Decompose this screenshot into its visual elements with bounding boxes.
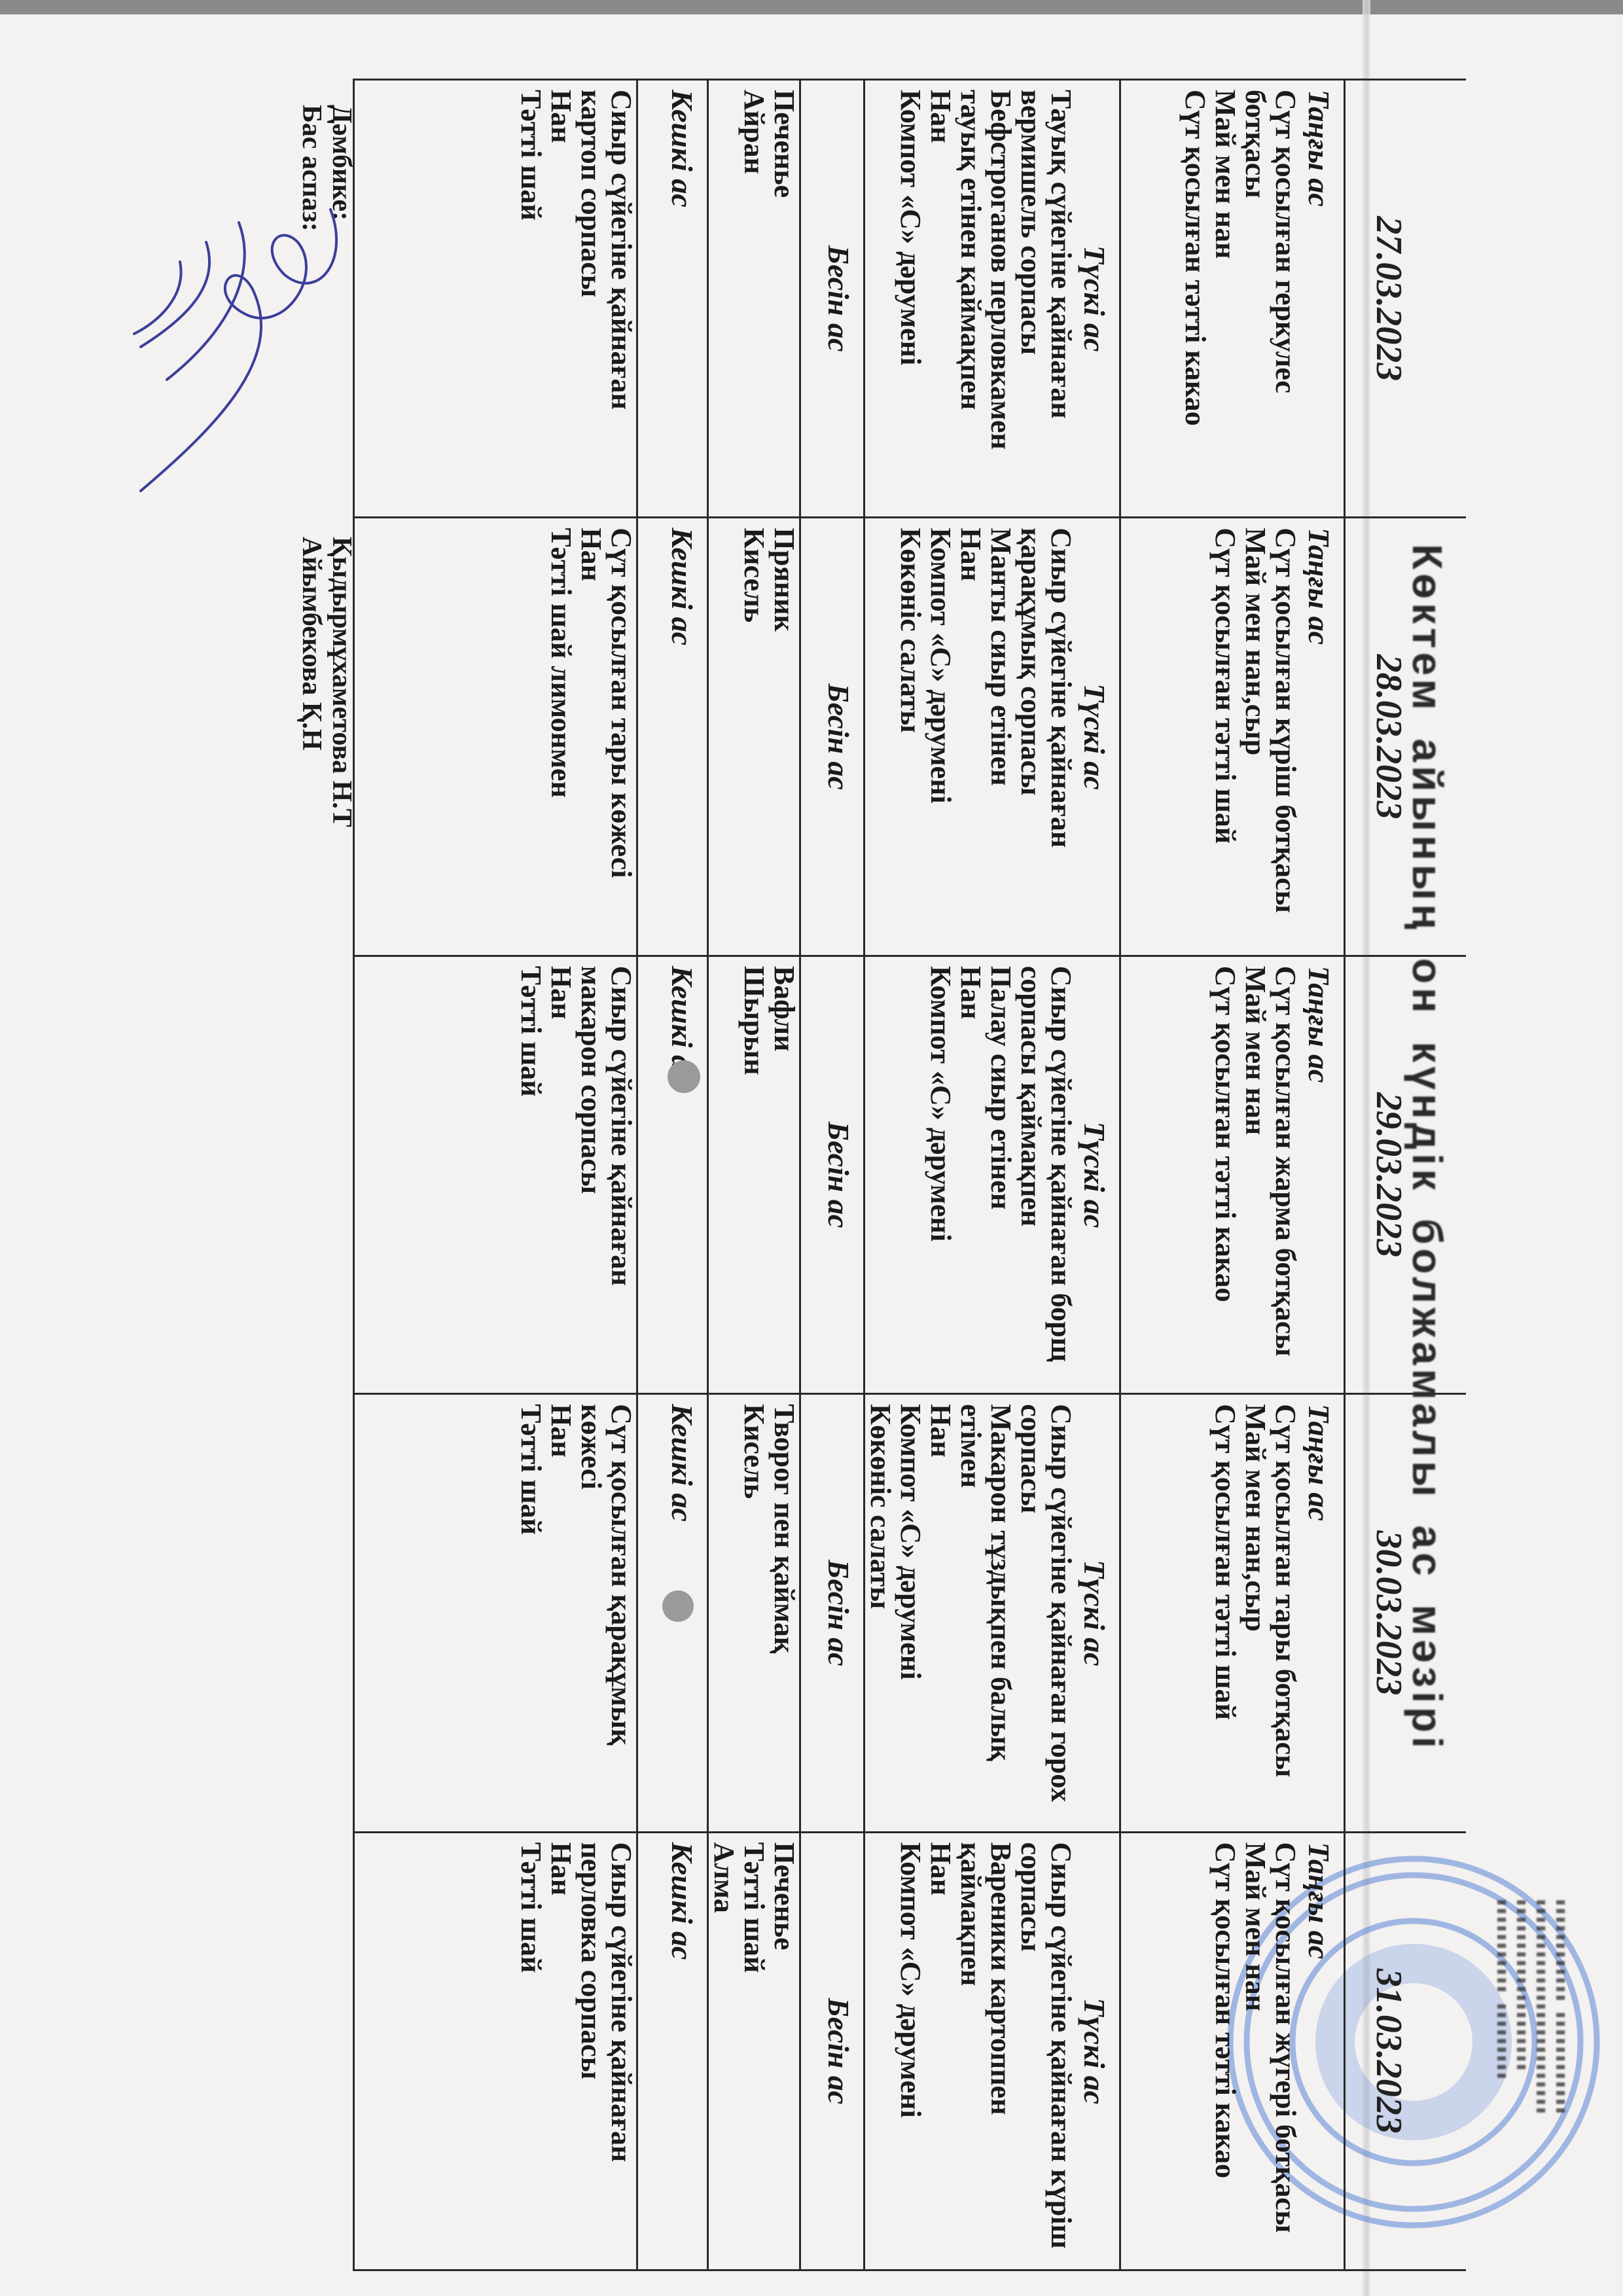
menu-item: Сүт қосылған тары ботқасы: [1270, 1404, 1300, 1821]
meal-items: Сүт қосылған геркулес ботқасыМай мен нан…: [1180, 90, 1300, 507]
meal-items: Сүт қосылған күріш ботқасыМай мен нан,сы…: [1210, 528, 1300, 945]
menu-item: Май мен нан,сыр: [1240, 528, 1270, 945]
menu-item: Май мен нан: [1240, 966, 1270, 1384]
dinner-cell: Сиыр сүйегіне қайнаған картоп сорпасыНан…: [354, 80, 637, 518]
meal-label: Бесін ас: [800, 80, 865, 518]
menu-item: Нан: [925, 90, 955, 507]
meal-label: Түскі ас: [1076, 90, 1119, 507]
lunch-cell: Түскі асСиыр сүйегіне қайнаған горох сор…: [865, 1394, 1120, 1832]
table-row: Таңғы асСүт қосылған геркулес ботқасыМай…: [1120, 80, 1345, 2270]
lunch-cell: Түскі асСиыр сүйегіне қайнаған қарақұмық…: [865, 518, 1120, 956]
menu-item: Сүт қосылған тәтті какао: [1210, 966, 1240, 1384]
meal-label: Кешкі ас: [637, 1832, 708, 2270]
breakfast-cell: Таңғы асСүт қосылған геркулес ботқасыМай…: [1120, 80, 1345, 518]
menu-item: Тәтті шай: [516, 966, 546, 1384]
menu-item: Сүт қосылған жүгері ботқасы: [1270, 1842, 1300, 2260]
menu-item: Вафли: [769, 966, 799, 1384]
menu-sheet: ▮▮▮▮▮▮▮▮▮▮▮▮ ▮▮▮▮▮▮▮▮▮▮▮▮▮▮▮▮▮▮▮▮▮▮▮▮▮▮▮…: [0, 0, 1623, 2296]
dinner-cell: Сүт қосылған қарақұмық көжесіНанТәтті ша…: [354, 1394, 637, 1832]
menu-item: Макарон тұздықпен балық етімен: [955, 1404, 1016, 1821]
snack-cell: ПеченьеТәтті шайАлма: [708, 1832, 800, 2270]
menu-item: Сүт қосылған күріш ботқасы: [1270, 528, 1300, 945]
menu-item: Сиыр сүйегіне қайнаған күріш сорпасы: [1016, 1842, 1076, 2260]
meal-label: Таңғы ас: [1300, 1404, 1344, 1821]
menu-item: Компот «С» дәрумені: [925, 966, 955, 1384]
menu-item: Кисель: [739, 528, 769, 945]
menu-item: Тәтті шай: [516, 1842, 546, 2260]
menu-item: Нан: [576, 528, 606, 945]
menu-item: Компот «С» дәрумені: [895, 1404, 925, 1821]
meal-items: Сиыр сүйегіне қайнаған горох сорпасыМака…: [865, 1404, 1076, 1821]
date-header: 28.03.2023: [1345, 518, 1467, 956]
menu-item: Сүт қосылған геркулес ботқасы: [1240, 90, 1300, 507]
breakfast-cell: Таңғы асСүт қосылған тары ботқасыМай мен…: [1120, 1394, 1345, 1832]
staff-name: Қыдырмұхаметова Н.Т: [327, 537, 357, 827]
meal-items: Тауық сүйегіне қайнаған вермишель сорпас…: [895, 90, 1076, 507]
date-header: 30.03.2023: [1345, 1394, 1467, 1832]
meal-label: Түскі ас: [1076, 1404, 1119, 1821]
date-header: 31.03.2023: [1345, 1832, 1467, 2270]
menu-item: Айран: [739, 90, 769, 507]
menu-item: Компот «С» дәрумені: [895, 1842, 925, 2260]
menu-item: Сиыр сүйегіне қайнаған картоп сорпасы: [576, 90, 636, 507]
menu-item: Компот «С» дәрумені: [895, 90, 925, 507]
menu-item: Тәтті шай лимонмен: [546, 528, 576, 945]
menu-item: Творог пен қаймақ: [769, 1404, 799, 1821]
menu-item: Нан: [925, 1404, 955, 1821]
date-header: 29.03.2023: [1345, 956, 1467, 1393]
menu-item: Сүт қосылған тәтті какао: [1180, 90, 1210, 507]
menu-item: Сүт қосылған жарма ботқасы: [1270, 966, 1300, 1384]
dinner-cell: Сиыр сүйегіне қайнаған макарон сорпасыНа…: [354, 956, 637, 1393]
meal-items: Сиыр сүйегіне қайнаған борщ сорпасы қайм…: [925, 966, 1076, 1384]
staff-name: Айымбекова Қ.Н: [296, 537, 327, 827]
stamp-approval-text: ▮▮▮▮▮▮▮▮▮▮▮▮ ▮▮▮▮▮▮▮▮▮▮▮▮▮▮▮▮▮▮▮▮▮▮▮▮▮▮▮…: [1492, 1898, 1571, 2186]
signature: [121, 183, 357, 524]
menu-item: Сүт қосылған тары көжесі: [606, 528, 636, 945]
menu-item: Тауық сүйегіне қайнаған вермишель сорпас…: [1016, 90, 1076, 507]
meal-label: Бесін ас: [800, 956, 865, 1393]
meal-items: Сиыр сүйегіне қайнаған қарақұмық сорпасы…: [895, 528, 1076, 945]
breakfast-cell: Таңғы асСүт қосылған жарма ботқасыМай ме…: [1120, 956, 1345, 1393]
menu-item: Печенье: [769, 1842, 799, 2260]
menu-table: 27.03.202328.03.202329.03.202330.03.2023…: [353, 79, 1466, 2271]
table-row: Түскі асТауық сүйегіне қайнаған вермишел…: [865, 80, 1120, 2270]
menu-item: Тәтті шай: [516, 90, 546, 507]
meal-label: Таңғы ас: [1300, 1842, 1344, 2260]
punch-hole: [662, 1590, 694, 1622]
meal-label: Түскі ас: [1076, 528, 1119, 945]
menu-item: Сүт қосылған қарақұмық көжесі: [576, 1404, 636, 1821]
date-header: 27.03.2023: [1345, 80, 1467, 518]
punch-hole: [668, 1060, 700, 1093]
meal-label: Бесін ас: [800, 518, 865, 956]
menu-item: Нан: [546, 1404, 576, 1821]
meal-label: Түскі ас: [1076, 1842, 1119, 2260]
menu-item: Нан: [546, 1842, 576, 2260]
meal-label: Бесін ас: [800, 1832, 865, 2270]
menu-item: Нан: [546, 90, 576, 507]
breakfast-cell: Таңғы асСүт қосылған күріш ботқасыМай ме…: [1120, 518, 1345, 956]
meal-label: Бесін ас: [800, 1394, 865, 1832]
menu-item: Нан: [955, 528, 986, 945]
meal-items: Сиыр сүйегіне қайнаған күріш сорпасыВаре…: [895, 1842, 1076, 2260]
menu-item: Тәтті шай: [739, 1842, 769, 2260]
menu-item: Сиыр сүйегіне қайнаған қарақұмық сорпасы: [1016, 528, 1076, 945]
footer-names: Қыдырмұхаметова Н.Т Айымбекова Қ.Н: [296, 537, 357, 827]
table-row: ПеченьеАйранПряникКисельВафлиШырынТворог…: [708, 80, 800, 2270]
lunch-cell: Түскі асСиыр сүйегіне қайнаған күріш сор…: [865, 1832, 1120, 2270]
menu-item: Компот «С» дәрумені: [925, 528, 955, 945]
snack-cell: ПряникКисель: [708, 518, 800, 956]
menu-item: Манты сиыр етінен: [986, 528, 1016, 945]
menu-item: Сиыр сүйегіне қайнаған горох сорпасы: [1016, 1404, 1076, 1821]
menu-item: Печенье: [769, 90, 799, 507]
menu-item: Сүт қосылған тәтті шай: [1210, 528, 1240, 945]
menu-item: Сиыр сүйегіне қайнаған перловка сорпасы: [576, 1842, 636, 2260]
menu-item: Шырын: [739, 966, 769, 1384]
snack-cell: ВафлиШырын: [708, 956, 800, 1393]
menu-item: Сиыр сүйегіне қайнаған макарон сорпасы: [576, 966, 636, 1384]
meal-label: Кешкі ас: [637, 956, 708, 1393]
lunch-cell: Түскі асСиыр сүйегіне қайнаған борщ сорп…: [865, 956, 1120, 1393]
menu-item: Көкөніс салаты: [865, 1404, 895, 1821]
menu-item: Сиыр сүйегіне қайнаған борщ сорпасы қайм…: [1016, 966, 1076, 1384]
breakfast-cell: Таңғы асСүт қосылған жүгері ботқасыМай м…: [1120, 1832, 1345, 2270]
menu-item: Нан: [925, 1842, 955, 2260]
menu-item: Кисель: [739, 1404, 769, 1821]
menu-item: Сүт қосылған тәтті шай: [1210, 1404, 1240, 1821]
menu-item: Май мен нан: [1240, 1842, 1270, 2260]
meal-label: Түскі ас: [1076, 966, 1119, 1384]
table-row: Сиыр сүйегіне қайнаған картоп сорпасыНан…: [354, 80, 637, 2270]
menu-item: Палау сиыр етінен: [986, 966, 1016, 1384]
meal-label: Таңғы ас: [1300, 90, 1344, 507]
meal-items: Сүт қосылған жарма ботқасыМай мен нанСүт…: [1210, 966, 1300, 1384]
dinner-cell: Сиыр сүйегіне қайнаған перловка сорпасыН…: [354, 1832, 637, 2270]
menu-item: Сүт қосылған тәтті какао: [1210, 1842, 1240, 2260]
menu-item: Вареники картоппен қаймақпен: [955, 1842, 1016, 2260]
dinner-cell: Сүт қосылған тары көжесіНанТәтті шай лим…: [354, 518, 637, 956]
table-row: Кешкі асКешкі асКешкі асКешкі асКешкі ас: [637, 80, 708, 2270]
menu-item: Алма: [709, 1842, 739, 2260]
table-row: Бесін асБесін асБесін асБесін асБесін ас: [800, 80, 865, 2270]
meal-items: Сүт қосылған жүгері ботқасыМай мен нанСү…: [1210, 1842, 1300, 2260]
menu-item: Пряник: [769, 528, 799, 945]
menu-item: Бефстроганов перловкамен тауық етінен қа…: [955, 90, 1016, 507]
menu-item: Май мен нан,сыр: [1240, 1404, 1270, 1821]
snack-cell: ПеченьеАйран: [708, 80, 800, 518]
meal-label: Таңғы ас: [1300, 966, 1344, 1384]
menu-item: Тәтті шай: [516, 1404, 546, 1821]
meal-label: Таңғы ас: [1300, 528, 1344, 945]
meal-label: Кешкі ас: [637, 518, 708, 956]
meal-label: Кешкі ас: [637, 80, 708, 518]
menu-item: Көкөніс салаты: [895, 528, 925, 945]
snack-cell: Творог пен қаймақКисель: [708, 1394, 800, 1832]
menu-item: Нан: [955, 966, 986, 1384]
menu-item: Май мен нан: [1210, 90, 1240, 507]
menu-item: Нан: [546, 966, 576, 1384]
lunch-cell: Түскі асТауық сүйегіне қайнаған вермишел…: [865, 80, 1120, 518]
meal-items: Сүт қосылған тары ботқасыМай мен нан,сыр…: [1210, 1404, 1300, 1821]
table-row: 27.03.202328.03.202329.03.202330.03.2023…: [1345, 80, 1467, 2270]
